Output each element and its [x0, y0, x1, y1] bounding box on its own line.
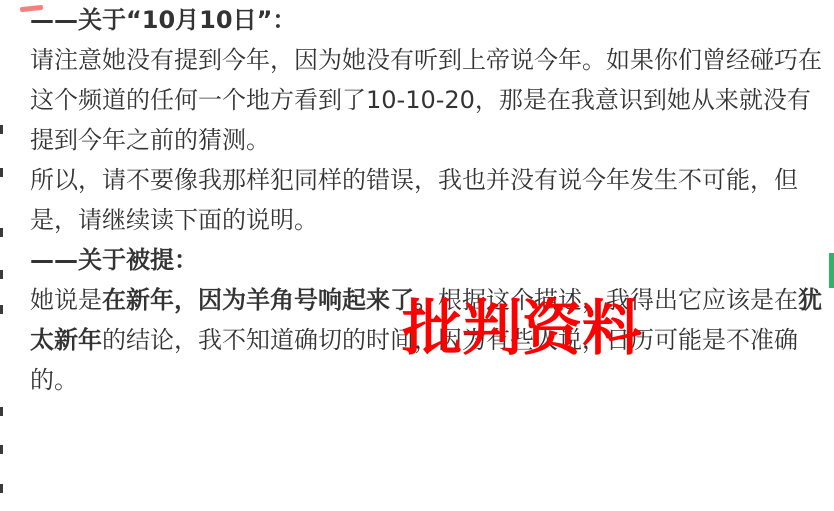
left-edge-text-fragment [0, 168, 3, 177]
left-edge-text-fragment [0, 445, 3, 454]
left-edge-text-fragment [0, 270, 3, 279]
p3-text-3: 的结论，我不知道确切的时间，因为有些人说，日历可能是不准确的。 [30, 326, 798, 394]
left-edge-text-fragment [0, 484, 3, 493]
left-edge-text-fragment [0, 407, 3, 416]
p3-text-2: 根据这个描述，我得出它应该是在 [438, 286, 798, 314]
article-page: ——关于“10月10日”： 请注意她没有提到今年，因为她没有听到上帝说今年。如果… [0, 0, 834, 400]
p3-text-1: 她说是 [30, 286, 102, 314]
section-heading-rapture: ——关于被提： [30, 240, 822, 280]
left-edge-text-fragment [0, 305, 3, 314]
section-heading-october-10: ——关于“10月10日”： [30, 0, 822, 40]
scrollbar-thumb[interactable] [829, 253, 834, 288]
left-edge-text-fragment [0, 125, 3, 134]
paragraph-about-this-year: 请注意她没有提到今年，因为她没有听到上帝说今年。如果你们曾经碰巧在这个频道的任何… [30, 40, 822, 160]
left-edge-text-fragment [0, 228, 3, 237]
paragraph-same-mistake: 所以，请不要像我那样犯同样的错误，我也并没有说今年发生不可能，但是，请继续读下面… [30, 160, 822, 240]
paragraph-new-year: 她说是在新年，因为羊角号响起来了。根据这个描述，我得出它应该是在犹太新年的结论，… [30, 280, 822, 400]
p3-bold-new-year: 在新年，因为羊角号响起来了。 [102, 286, 438, 314]
